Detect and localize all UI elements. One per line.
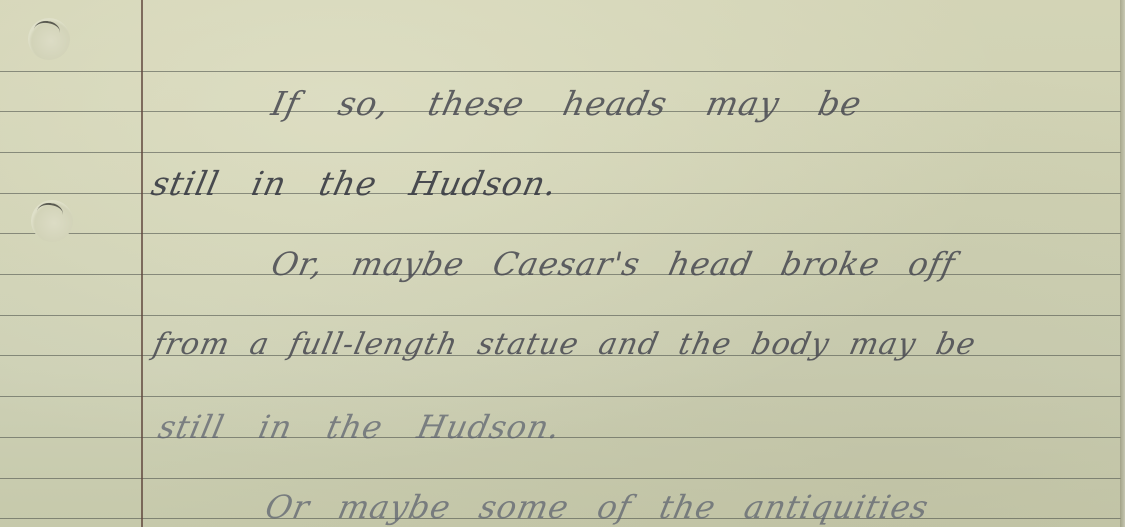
handwritten-line-2: still in the Hudson. (148, 164, 561, 203)
handwritten-line-4: from a full-length statue and the body m… (150, 327, 979, 362)
handwritten-line-1: If so, these heads may be (268, 84, 866, 123)
punch-hole-icon (28, 18, 70, 60)
page-edge (1120, 0, 1125, 527)
ruled-line (0, 152, 1121, 153)
handwritten-line-6: Or maybe some of the antiquities (262, 488, 932, 526)
handwritten-line-3: Or, maybe Caesar's head broke off (268, 245, 959, 283)
handwritten-line-5: still in the Hudson. (155, 408, 564, 446)
punch-hole-icon (31, 200, 73, 242)
ruled-line (0, 233, 1121, 234)
ruled-line (0, 315, 1121, 316)
notebook-page: If so, these heads may be still in the H… (0, 0, 1125, 527)
margin-line (141, 0, 143, 527)
ruled-line (0, 478, 1121, 479)
ruled-line (0, 396, 1121, 397)
ruled-line (0, 71, 1121, 72)
